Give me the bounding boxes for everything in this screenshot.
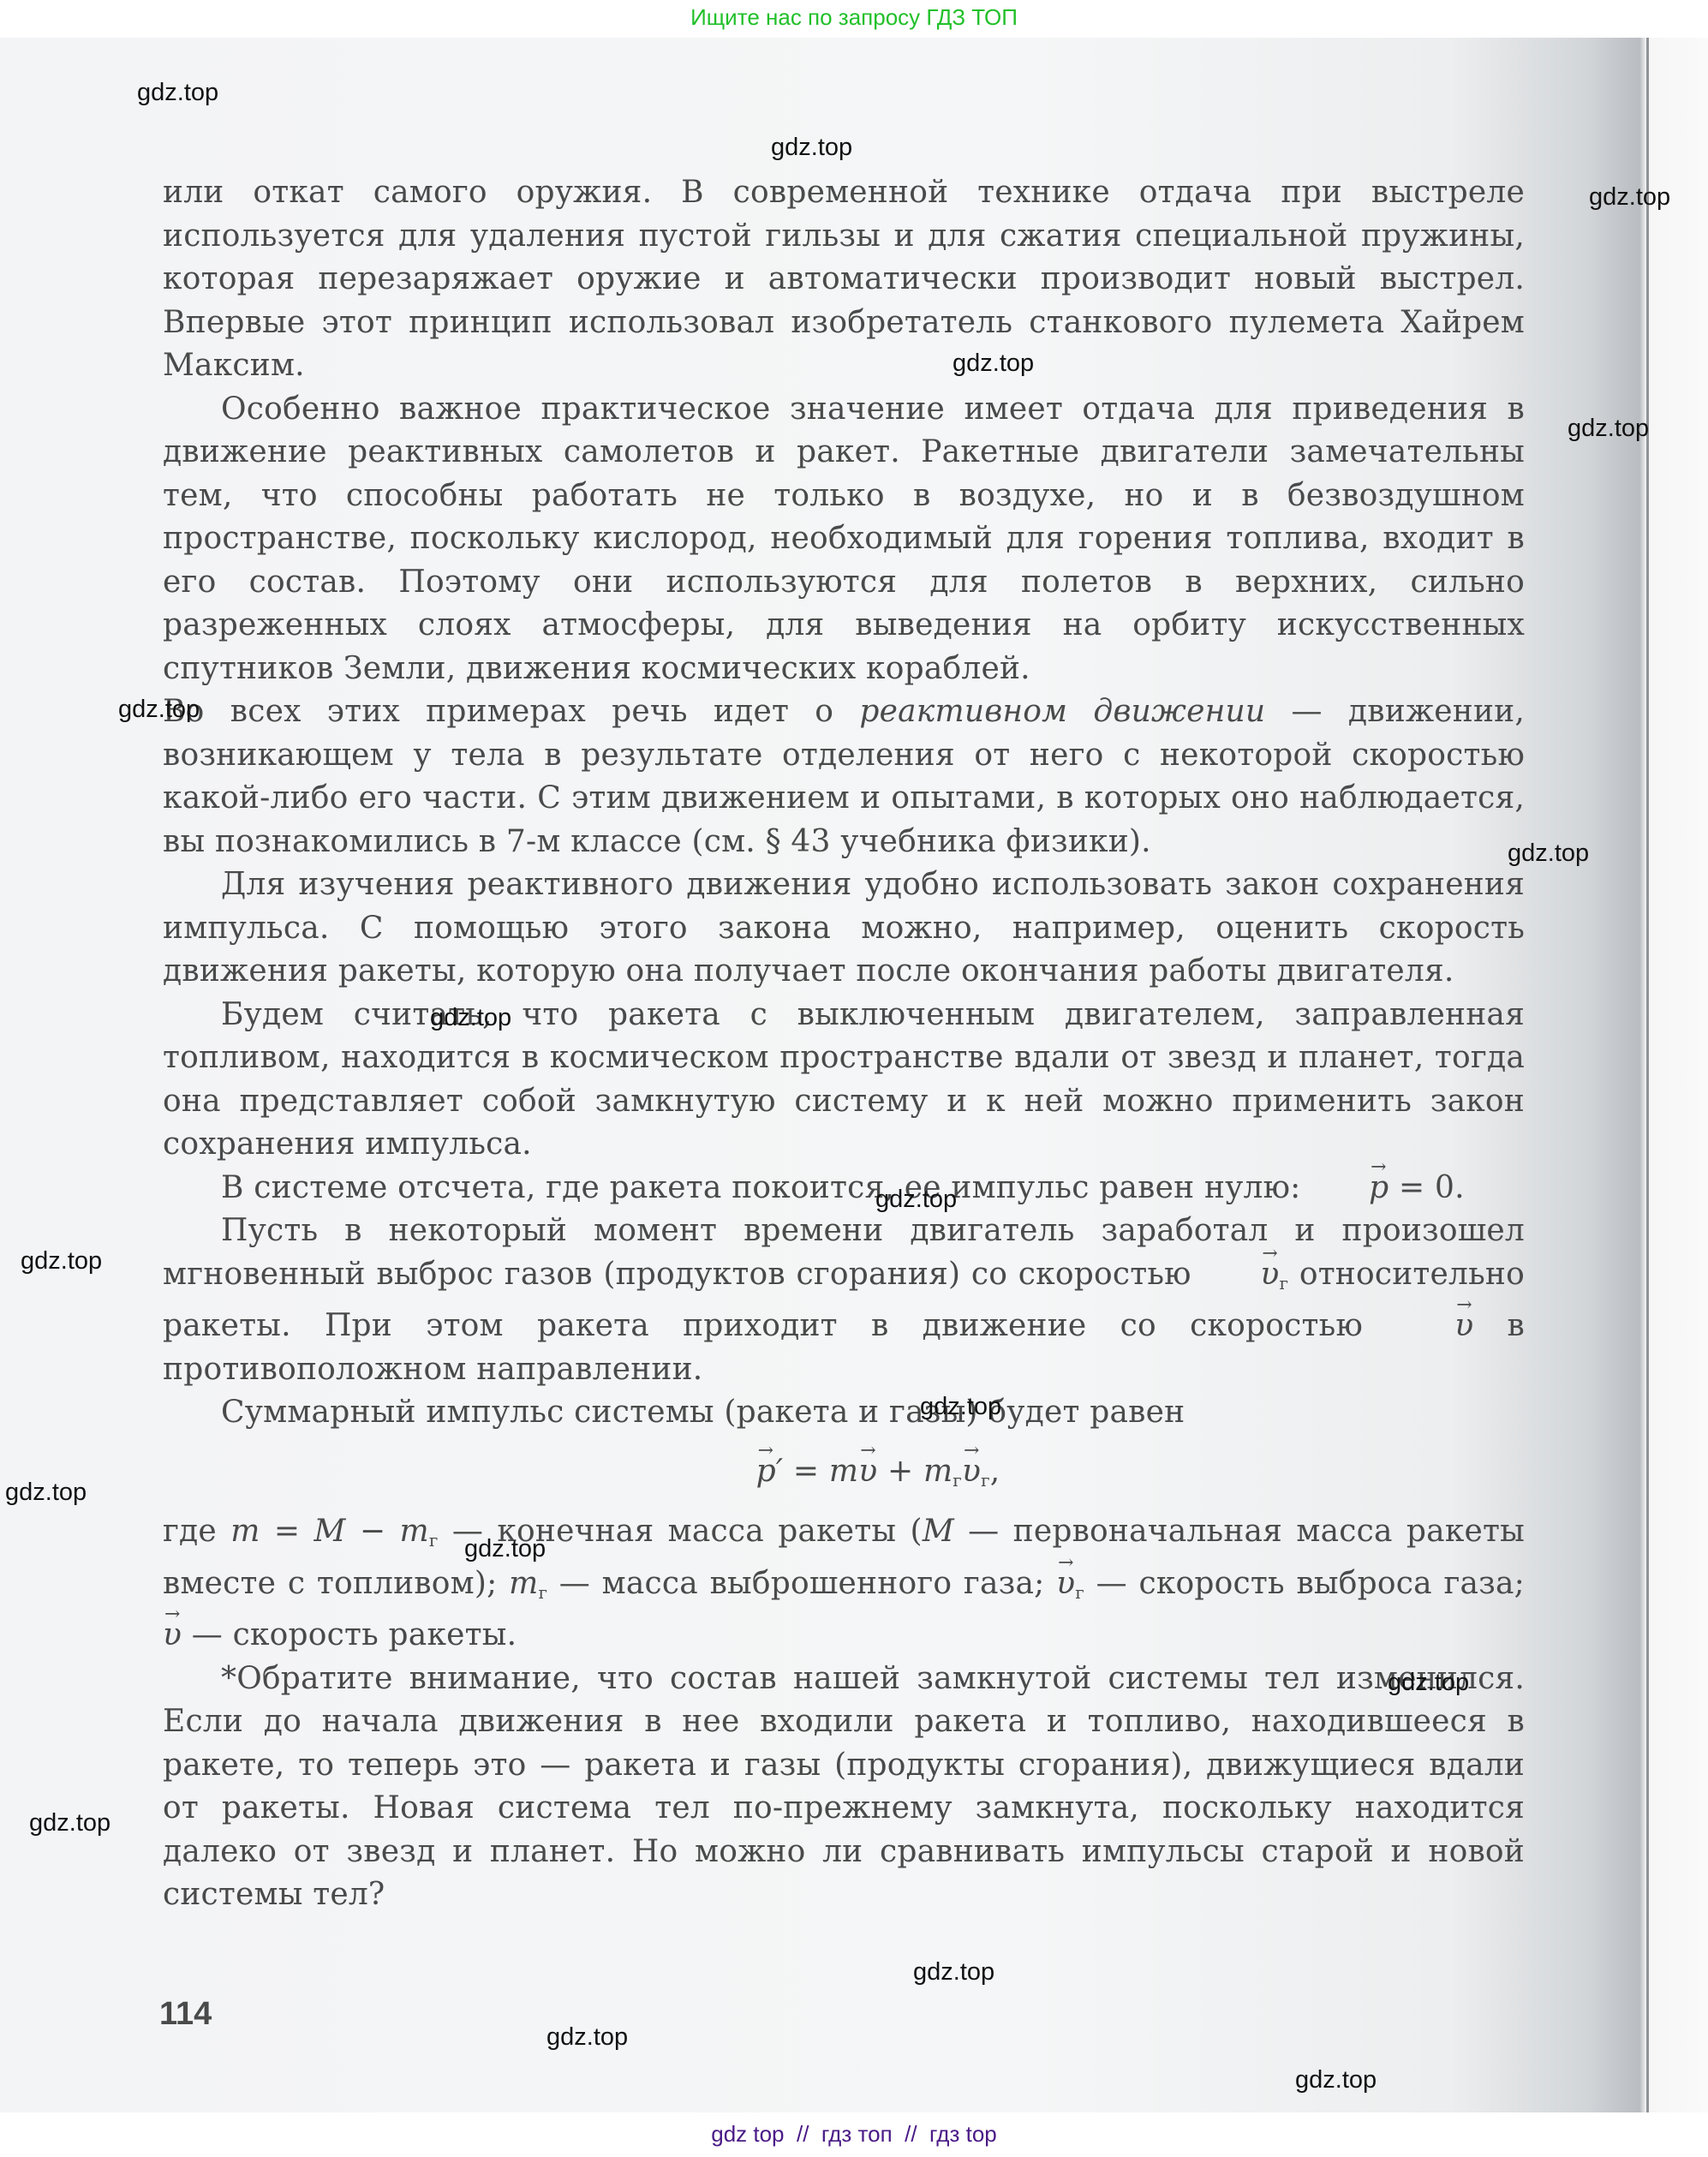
plus: + bbox=[877, 1454, 923, 1489]
bottom-banner: gdz top // гдз топ // гдз top bbox=[0, 2112, 1708, 2157]
watermark-text: gdz.top bbox=[953, 350, 1034, 378]
vector-v-gas: υ bbox=[1056, 1562, 1075, 1606]
text: — скорость ракеты. bbox=[182, 1617, 517, 1652]
watermark-text: gdz.top bbox=[1568, 415, 1649, 443]
paragraph-gas-ejection: Пусть в некоторый момент времени двигате… bbox=[163, 1210, 1525, 1391]
watermark-text: gdz.top bbox=[5, 1479, 87, 1507]
paragraph-reactive-motion: Во всех этих примерах речь идет о реакти… bbox=[163, 690, 1525, 863]
paragraph-system-change: *Обратите внимание, что состав нашей зам… bbox=[163, 1658, 1525, 1917]
symbol-m-gas: m bbox=[509, 1566, 538, 1601]
vector-v: υ bbox=[858, 1450, 877, 1494]
watermark-text: gdz.top bbox=[21, 1247, 102, 1276]
paragraph-definitions: где m = M − mг — конечная масса ракеты (… bbox=[163, 1510, 1525, 1658]
watermark-text: gdz.top bbox=[1295, 2066, 1377, 2094]
watermark-text: gdz.top bbox=[920, 1393, 1001, 1421]
top-banner-text: Ищите нас по запросу ГДЗ ТОП bbox=[690, 4, 1018, 30]
watermark-text: gdz.top bbox=[1508, 839, 1589, 868]
paragraph-total-momentum: Суммарный импульс системы (ракета и газы… bbox=[163, 1391, 1525, 1435]
paragraph-zero-momentum: В системе отсчета, где ракета покоится, … bbox=[163, 1167, 1525, 1210]
watermark-text: gdz.top bbox=[913, 1958, 994, 1987]
subscript: г bbox=[1075, 1582, 1084, 1603]
vector-p: p bbox=[1311, 1167, 1388, 1210]
subscript: г bbox=[953, 1470, 962, 1491]
watermark-text: gdz.top bbox=[1388, 1669, 1469, 1697]
subscript: г bbox=[1279, 1273, 1288, 1294]
bottom-banner-text: gdz top // гдз топ // гдз top bbox=[711, 2121, 997, 2147]
watermark-text: gdz.top bbox=[137, 79, 218, 107]
watermark-text: gdz.top bbox=[29, 1809, 110, 1837]
watermark-text: gdz.top bbox=[118, 696, 200, 724]
subscript: г bbox=[429, 1530, 439, 1551]
mass-gas: m bbox=[923, 1454, 953, 1489]
subscript: г bbox=[538, 1582, 547, 1603]
text: где bbox=[163, 1514, 230, 1549]
watermark-text: gdz.top bbox=[546, 2023, 628, 2052]
book-spine-edge bbox=[1646, 38, 1649, 2112]
equals: = bbox=[783, 1454, 829, 1489]
vector-v-gas: υ bbox=[962, 1450, 981, 1494]
vector-v: υ bbox=[163, 1614, 182, 1658]
watermark-text: gdz.top bbox=[430, 1004, 511, 1032]
text: Во всех этих примерах речь идет о bbox=[163, 694, 859, 729]
paragraph-rocket-assumption: Будем считать, что ракета с выключенным … bbox=[163, 994, 1525, 1167]
page-number: 114 bbox=[159, 1996, 212, 2033]
paragraph-conservation-law: Для изучения реактивного движения удобно… bbox=[163, 863, 1525, 994]
comma: , bbox=[990, 1454, 1000, 1489]
text: — масса выброшенного газа; bbox=[547, 1566, 1056, 1601]
text: — скорость выброса газа; bbox=[1084, 1566, 1525, 1601]
watermark-text: gdz.top bbox=[771, 134, 852, 162]
term-reactive-motion: реактивном движении bbox=[859, 694, 1265, 729]
top-banner: Ищите нас по запросу ГДЗ ТОП bbox=[0, 0, 1708, 38]
paragraph-recoil: или откат самого оружия. В современной т… bbox=[163, 171, 1525, 388]
text: = 0. bbox=[1388, 1170, 1464, 1205]
watermark-text: gdz.top bbox=[1589, 183, 1670, 212]
watermark-text: gdz.top bbox=[875, 1186, 957, 1214]
paragraph-jet-engines: Особенно важное практическое значение им… bbox=[163, 388, 1525, 691]
subscript: г bbox=[981, 1470, 990, 1491]
page-body: или откат самого оружия. В современной т… bbox=[163, 171, 1525, 1917]
vector-v: υ bbox=[1396, 1305, 1473, 1348]
mass-m: m bbox=[829, 1454, 858, 1489]
text: В системе отсчета, где ракета покоится, … bbox=[221, 1170, 1311, 1205]
symbol-M: M bbox=[923, 1514, 954, 1549]
vector-v-gas: υ bbox=[1202, 1253, 1279, 1297]
watermark-text: gdz.top bbox=[464, 1535, 546, 1563]
vector-p-prime: p′ bbox=[756, 1450, 784, 1494]
expr-mass: m = M − m bbox=[230, 1514, 429, 1549]
momentum-formula: p′ = mυ + mгυг, bbox=[163, 1450, 1525, 1503]
